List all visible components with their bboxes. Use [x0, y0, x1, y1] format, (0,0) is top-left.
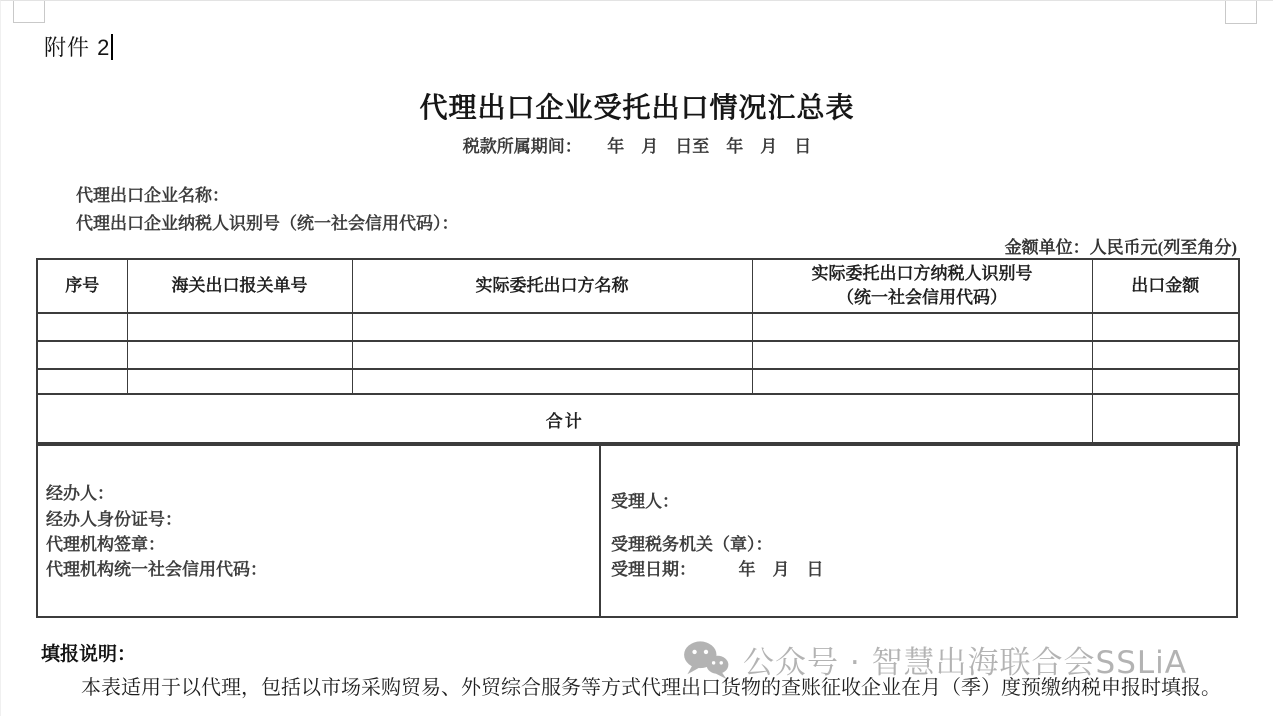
cell-consignor-taxid-1[interactable] — [752, 313, 1092, 341]
cell-declaration-1[interactable] — [127, 313, 352, 341]
notes-heading: 填报说明： — [41, 639, 136, 666]
cell-declaration-3[interactable] — [127, 369, 352, 394]
cell-consignor-name-1[interactable] — [352, 313, 752, 341]
cell-declaration-2[interactable] — [127, 341, 352, 369]
page-corner-mark-right — [1225, 1, 1257, 24]
attachment-label-text: 附件 2 — [44, 35, 110, 60]
amount-unit-label: 金额单位：人民币元(列至角分) — [1005, 233, 1237, 258]
page-corner-mark-left — [13, 1, 45, 23]
agency-uscc-label: 代理机构统一社会信用代码： — [46, 555, 267, 580]
header-taxid-line2: （统一社会信用代码） — [837, 288, 1007, 307]
agency-seal-label: 代理机构签章： — [46, 530, 165, 555]
signature-divider — [599, 444, 601, 616]
tax-period-line: 税款所属期间： 年 月 日至 年 月 日 — [1, 132, 1273, 157]
table-header-row: 序号 海关出口报关单号 实际委托出口方名称 实际委托出口方纳税人识别号（统一社会… — [37, 259, 1239, 313]
cell-serial-1[interactable] — [37, 313, 127, 341]
table-total-row: 合计 — [37, 394, 1239, 445]
total-amount-cell[interactable] — [1092, 394, 1239, 445]
acceptance-date-label: 受理日期： 年 月 日 — [611, 555, 824, 580]
cell-amount-2[interactable] — [1092, 341, 1239, 369]
cell-consignor-name-3[interactable] — [352, 369, 752, 394]
header-taxid-line1: 实际委托出口方纳税人识别号 — [812, 264, 1033, 283]
header-export-amount: 出口金额 — [1092, 259, 1239, 313]
cell-consignor-taxid-2[interactable] — [752, 341, 1092, 369]
table-row — [37, 341, 1239, 369]
cell-serial-2[interactable] — [37, 341, 127, 369]
handler-name-label: 经办人： — [46, 479, 114, 504]
cell-consignor-name-2[interactable] — [352, 341, 752, 369]
document-page[interactable]: 附件 2 代理出口企业受托出口情况汇总表 税款所属期间： 年 月 日至 年 月 … — [0, 0, 1273, 716]
attachment-label: 附件 2 — [44, 31, 113, 62]
header-serial-number: 序号 — [37, 259, 127, 313]
tax-authority-label: 受理税务机关（章）： — [611, 530, 773, 555]
wechat-icon — [683, 640, 729, 680]
table-row — [37, 369, 1239, 394]
cell-consignor-taxid-3[interactable] — [752, 369, 1092, 394]
page-title: 代理出口企业受托出口情况汇总表 — [1, 86, 1273, 126]
signature-section: 经办人： 经办人身份证号： 代理机构签章： 代理机构统一社会信用代码： 受理人：… — [36, 442, 1238, 618]
export-summary-table: 序号 海关出口报关单号 实际委托出口方名称 实际委托出口方纳税人识别号（统一社会… — [36, 258, 1240, 446]
table-row — [37, 313, 1239, 341]
notes-body: 本表适用于以代理，包括以市场采购贸易、外贸综合服务等方式代理出口货物的查账征收企… — [37, 676, 1238, 701]
cell-serial-3[interactable] — [37, 369, 127, 394]
header-actual-consignor-taxid: 实际委托出口方纳税人识别号（统一社会信用代码） — [752, 259, 1092, 313]
cell-amount-3[interactable] — [1092, 369, 1239, 394]
cell-amount-1[interactable] — [1092, 313, 1239, 341]
total-label-cell: 合计 — [37, 394, 1092, 445]
agency-taxid-label: 代理出口企业纳税人识别号（统一社会信用代码）： — [76, 209, 459, 234]
agency-name-label: 代理出口企业名称： — [76, 181, 229, 206]
text-cursor — [111, 34, 113, 60]
header-customs-declaration-number: 海关出口报关单号 — [127, 259, 352, 313]
acceptor-label: 受理人： — [611, 487, 679, 512]
handler-id-label: 经办人身份证号： — [46, 505, 182, 530]
header-actual-consignor-name: 实际委托出口方名称 — [352, 259, 752, 313]
